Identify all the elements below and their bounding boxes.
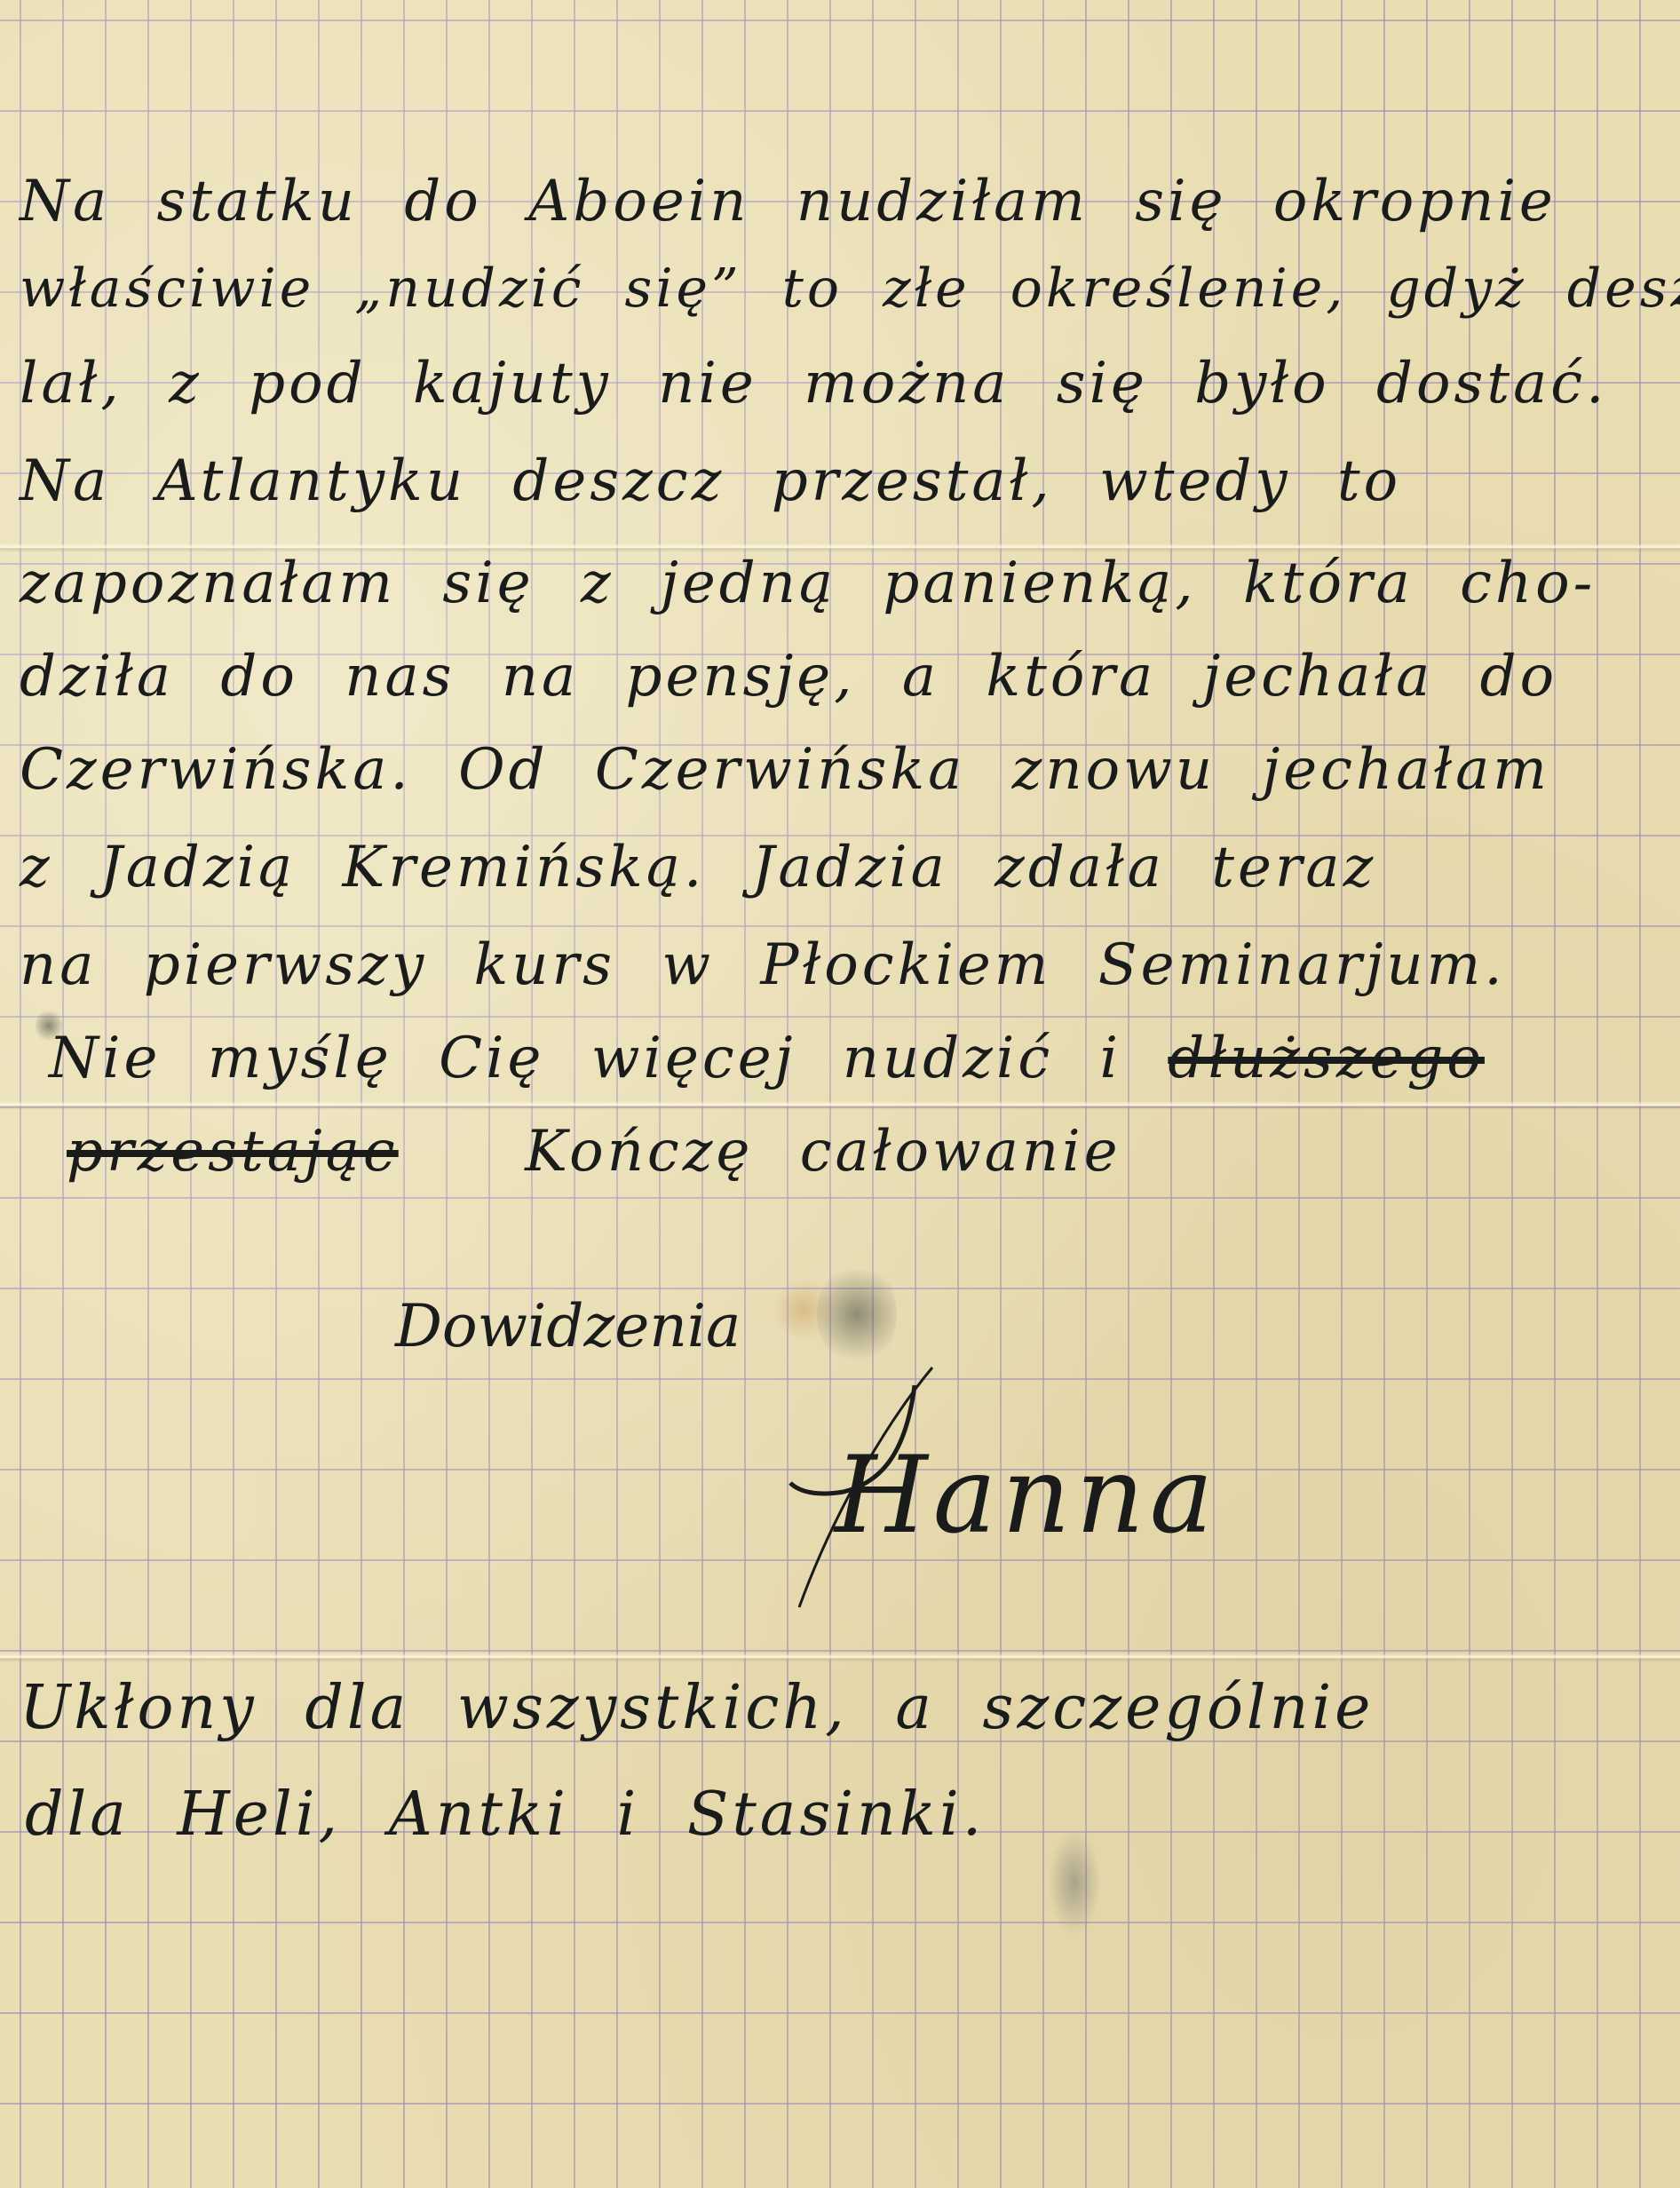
letter-line: z Jadzią Kremińską. Jadzia zdała teraz [20, 839, 1376, 896]
ink-smudge [817, 1261, 897, 1367]
ink-smudge [1048, 1829, 1101, 1936]
letter-line: przestając Kończę całowanie [67, 1123, 1121, 1180]
postscript-line: dla Heli, Antki i Stasinki. [25, 1785, 985, 1845]
letter-line: Na Atlantyku deszcz przestał, wtedy to [20, 453, 1401, 510]
letter-line: zapoznałam się z jedną panienką, która c… [20, 555, 1596, 612]
closing-salutation: Dowidzenia [395, 1292, 741, 1360]
water-stain [773, 1279, 835, 1341]
struck-word: dłuższego [1168, 1026, 1485, 1091]
letter-line: lał, z pod kajuty nie można się było dos… [20, 355, 1607, 412]
letter-text: Kończę całowanie [525, 1119, 1121, 1185]
letter-line: Czerwińska. Od Czerwińska znowu jechałam [20, 741, 1550, 798]
letter-line: Nie myślę Cię więcej nudzić i dłuższego [49, 1030, 1485, 1087]
letter-line: Na statku do Aboein nudziłam się okropni… [20, 173, 1557, 230]
postscript-line: Ukłony dla wszystkich, a szczególnie [20, 1678, 1374, 1739]
fold-crease [0, 1653, 1680, 1662]
signature: Hanna [835, 1434, 1218, 1558]
letter-line: dziła do nas na pensję, a która jechała … [20, 648, 1557, 705]
letter-line: na pierwszy kurs w Płockiem Seminarjum. [20, 937, 1506, 994]
letter-page: Na statku do Aboein nudziłam się okropni… [0, 0, 1680, 2188]
letter-line: właściwie „nudzić się” to złe określenie… [20, 262, 1680, 315]
fold-crease [0, 1101, 1680, 1110]
struck-word: przestając [67, 1119, 399, 1185]
letter-text: Nie myślę Cię więcej nudzić i [49, 1026, 1121, 1091]
